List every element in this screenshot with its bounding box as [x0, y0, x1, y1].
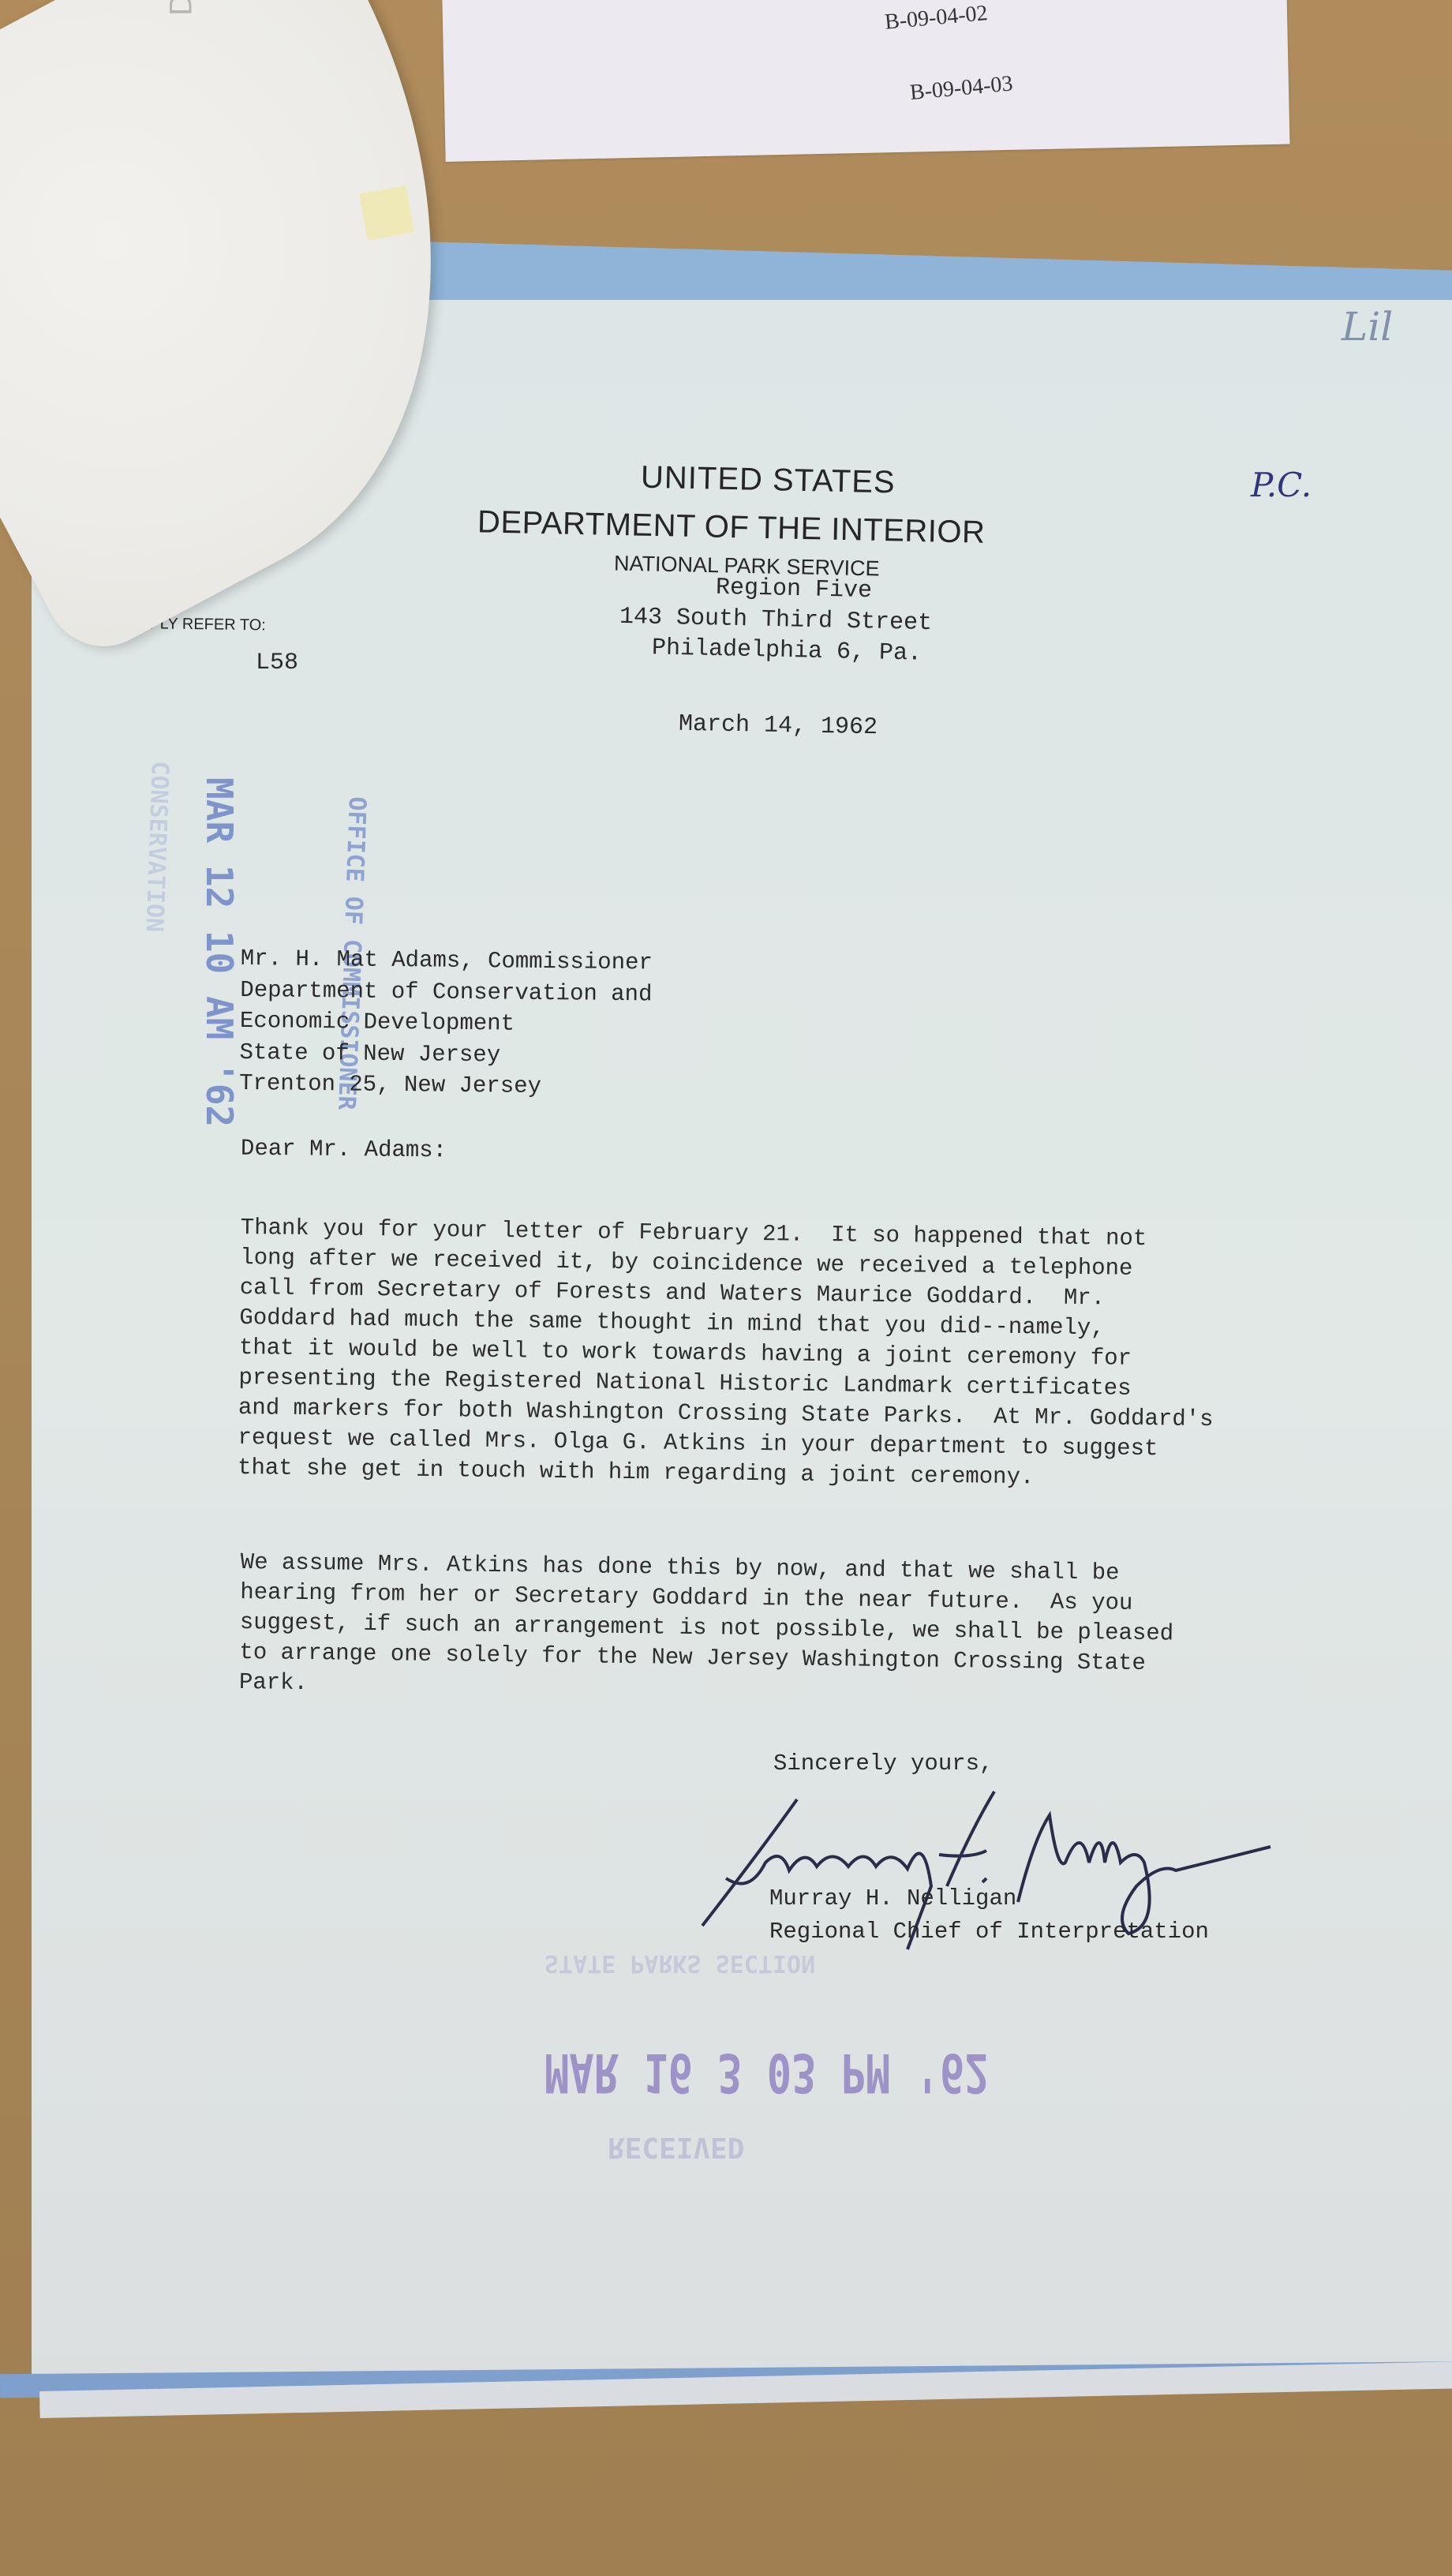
signer-block: Murray H. Nelligan Regional Chief of Int…	[769, 1882, 1209, 1949]
handwritten-note-pc: P.C.	[1251, 466, 1312, 504]
salutation: Dear Mr. Adams:	[241, 1136, 447, 1164]
recipient-address: Mr. H. Mat Adams, Commissioner Departmen…	[239, 943, 653, 1103]
received-date-stamp-blue: MAR 12 10 AM '62	[198, 777, 241, 1127]
section-stamp-purple: STATE PARKS SECTION	[544, 1949, 815, 1977]
letterhead-department: DEPARTMENT OF THE INTERIOR	[477, 504, 986, 550]
faint-stamp-blue: CONSERVATION	[140, 761, 174, 933]
letterhead-region: Region Five	[716, 575, 873, 605]
handwritten-note-top: Lil	[1342, 304, 1393, 350]
received-date-stamp-purple: MAR 16 3 03 PM '62	[544, 2041, 990, 2102]
reply-refer-code: L58	[256, 650, 298, 676]
body-paragraph-2: We assume Mrs. Atkins has done this by n…	[239, 1548, 1175, 1709]
received-stamp-purple: RECEIVED	[608, 2131, 744, 2163]
letter-date: March 14, 1962	[679, 711, 878, 741]
curled-sheet-faint-text: DEPRAT	[162, 0, 197, 16]
yellow-tab	[359, 185, 414, 241]
letterhead-country: UNITED STATES	[641, 460, 896, 501]
letterhead-city: Philadelphia 6, Pa.	[652, 635, 922, 667]
body-paragraph-1: Thank you for your letter of February 21…	[238, 1213, 1216, 1495]
letterhead-street: 143 South Third Street	[619, 604, 933, 637]
